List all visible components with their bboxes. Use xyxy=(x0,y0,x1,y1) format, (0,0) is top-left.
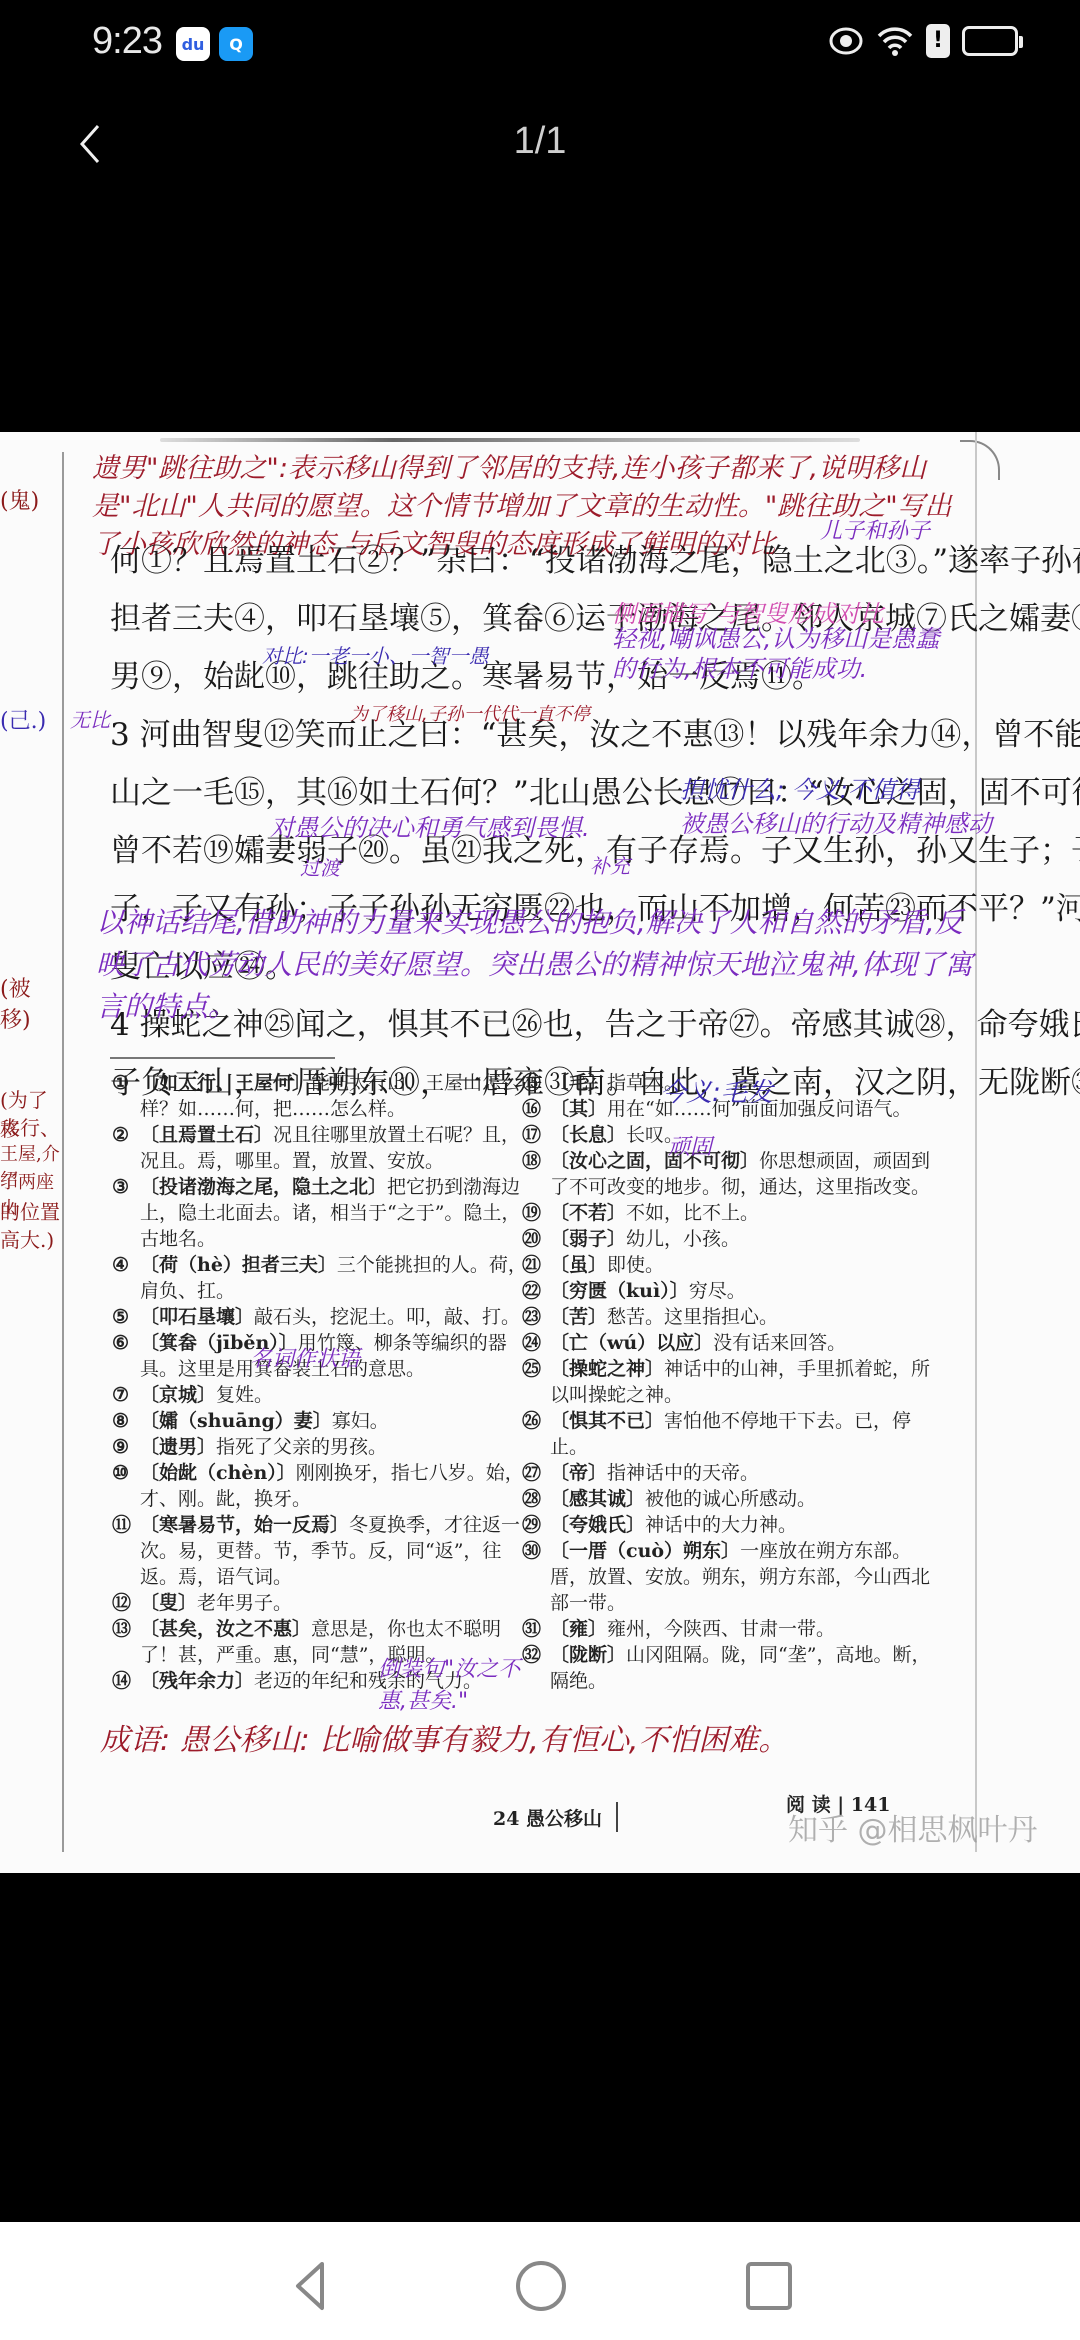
page-spine xyxy=(62,452,64,1852)
footnote: ④〔荷（hè）担者三夫〕三个能挑担的人。荷，肩负、扛。 xyxy=(112,1252,532,1304)
viewer-top-bar: 1/1 xyxy=(0,100,1080,190)
nav-recents-icon[interactable] xyxy=(739,2256,799,2316)
margin-note: 高大.) xyxy=(0,1224,54,1253)
page-right-edge xyxy=(975,432,977,1852)
footnote: ⑫〔叟〕老年男子。 xyxy=(112,1590,532,1616)
footnote: ⑲〔不若〕不如，比不上。 xyxy=(522,1200,942,1226)
zhihu-watermark: 知乎 @相思枫叶丹 xyxy=(788,1805,1038,1849)
footnotes-right-column: ⑮〔毛〕指草木。 ⑯〔其〕用在“如……何”前面加强反问语气。 ⑰〔长息〕长叹。 … xyxy=(522,1070,942,1694)
annotation-inversion: 对比:一老一小、一智一愚 xyxy=(262,640,489,669)
annotation-compare: 无比 xyxy=(70,704,110,733)
eye-comfort-icon xyxy=(828,26,864,56)
notes-divider xyxy=(110,1057,335,1059)
footnote: ⑰〔长息〕长叹。 xyxy=(522,1122,942,1148)
footnote: ⑳〔弱子〕幼儿，小孩。 xyxy=(522,1226,942,1252)
alert-icon: ! xyxy=(926,24,950,58)
annotation-stubborn: 顽固 xyxy=(668,1130,712,1161)
annotation-noun-adverb: 名词作状语 xyxy=(250,1342,360,1373)
left-margin-notes: (鬼) (己.) (被移) (为了移 太行、 王屋,介绍 了两座山 的位置 高大… xyxy=(0,432,60,1873)
status-time: 9:23 xyxy=(92,20,162,63)
page-top-shadow xyxy=(160,438,860,442)
footnote: ②〔且焉置土石〕况且往哪里放置土石呢？且，况且。焉，哪里。置，放置、安放。 xyxy=(112,1122,532,1174)
nav-back-icon[interactable] xyxy=(280,2256,340,2316)
footnote: ㉛〔雍〕雍州，今陕西、甘肃一带。 xyxy=(522,1616,942,1642)
handwritten-summary: 以神话结尾,借助神的力量来实现愚公的抱负,解决了人和自然的矛盾,反映了古代劳动人… xyxy=(96,902,976,1028)
passage-line: 何①？且焉置土石②？”杂曰：“投诸渤海之尾，隐土之北③。”遂率子孙荷 xyxy=(110,532,970,590)
status-bar: 9:23 du Q ! xyxy=(0,0,1080,90)
annotation-mood: 为了移山,子孙一代代一直不停 xyxy=(350,700,590,726)
margin-note: (被移) xyxy=(0,972,60,1034)
status-right-icons: ! xyxy=(828,24,1018,58)
footnote: ㉚〔一厝（cuò）朔东〕一座放在朔方东部。厝，放置、安放。朔东，朔方东部，今山西… xyxy=(522,1538,942,1616)
footnote: ⑨〔遗男〕指死了父亲的男孩。 xyxy=(112,1434,532,1460)
footnote: ⑧〔孀（shuāng）妻〕寡妇。 xyxy=(112,1408,532,1434)
footnotes-left-column: ①〔如太行、王屋何〕能把太行山、王屋山怎么样？如……何，把……怎么样。 ②〔且焉… xyxy=(112,1070,532,1694)
footnote: ⑤〔叩石垦壤〕敲石头，挖泥土。叩，敲、打。 xyxy=(112,1304,532,1330)
textbook-photo[interactable]: (鬼) (己.) (被移) (为了移 太行、 王屋,介绍 了两座山 的位置 高大… xyxy=(0,432,1080,1873)
footnote: ㉙〔夸娥氏〕神话中的大力神。 xyxy=(522,1512,942,1538)
wifi-icon xyxy=(876,24,914,58)
footnote: ①〔如太行、王屋何〕能把太行山、王屋山怎么样？如……何，把……怎么样。 xyxy=(112,1070,532,1122)
footnote: ㉔〔亡（wú）以应〕没有话来回答。 xyxy=(522,1330,942,1356)
footnote: ㉖〔惧其不已〕害怕他不停地干下去。已，停止。 xyxy=(522,1408,942,1460)
search-app-icon: Q xyxy=(219,27,253,61)
annotation-transition: 过渡 xyxy=(300,852,340,881)
annotation-inversion-sentence: 倒装句"汝之不惠,甚矣." xyxy=(378,1654,528,1718)
annotation-supplement: 补充 xyxy=(590,850,630,879)
footnote: ⑱〔汝心之固，固不可彻〕你思想顽固，顽固到了不可改变的地步。彻，通达，这里指改变… xyxy=(522,1148,942,1200)
battery-icon xyxy=(962,26,1018,56)
footnote: ㉘〔感其诚〕被他的诚心所感动。 xyxy=(522,1486,942,1512)
footnote: ㉓〔苦〕愁苦。这里指担心。 xyxy=(522,1304,942,1330)
footnote: ⑩〔始龀（chèn）〕刚刚换牙，指七八岁。始，才、刚。龀，换牙。 xyxy=(112,1460,532,1512)
annotation-why-bother: 担忧什么; 今义:不值得 xyxy=(680,770,920,805)
footnote: ㉕〔操蛇之神〕神话中的山神，手里抓着蛇，所以叫操蛇之神。 xyxy=(522,1356,942,1408)
footnote: ㉜〔陇断〕山冈阻隔。陇，同“垄”，高地。断，隔绝。 xyxy=(522,1642,942,1694)
page-footer-lesson: 24 愚公移山 xyxy=(493,1804,602,1831)
baidu-app-icon: du xyxy=(176,27,210,61)
margin-note: 太行、 xyxy=(0,1112,60,1141)
footer-divider xyxy=(616,1802,618,1832)
page-indicator: 1/1 xyxy=(0,120,1080,163)
footnote: ㉗〔帝〕指神话中的天帝。 xyxy=(522,1460,942,1486)
annotation-hair: 今义:毛发 xyxy=(660,1072,773,1109)
footnote: ⑪〔寒暑易节，始一反焉〕冬夏换季，才往返一次。易，更替。节，季节。反，同“返”，… xyxy=(112,1512,532,1590)
margin-note: (鬼) xyxy=(0,484,39,515)
handwritten-idiom: 成语: 愚公移山: 比喻做事有毅力,有恒心,不怕困难。 xyxy=(100,1715,788,1759)
nav-home-icon[interactable] xyxy=(511,2256,571,2316)
annotation-contempt: 轻视,嘲讽愚公,认为移山是愚蠢的行为,根本不可能成功. xyxy=(612,624,952,684)
margin-note: (己.) xyxy=(0,704,46,735)
footnote: ㉒〔穷匮（kuì）〕穷尽。 xyxy=(522,1278,942,1304)
annotation-moved: 被愚公移山的行动及精神感动 xyxy=(680,804,992,839)
footnote: ⑦〔京城〕复姓。 xyxy=(112,1382,532,1408)
annotation-worry: 对愚公的决心和勇气感到畏惧. xyxy=(270,808,590,843)
margin-note: 的位置 xyxy=(0,1196,60,1225)
footnote: ㉑〔虽〕即使。 xyxy=(522,1252,942,1278)
system-nav-bar xyxy=(0,2222,1080,2340)
footnote: ③〔投诸渤海之尾，隐土之北〕把它扔到渤海边上，隐土北面去。诸，相当于“之于”。隐… xyxy=(112,1174,532,1252)
